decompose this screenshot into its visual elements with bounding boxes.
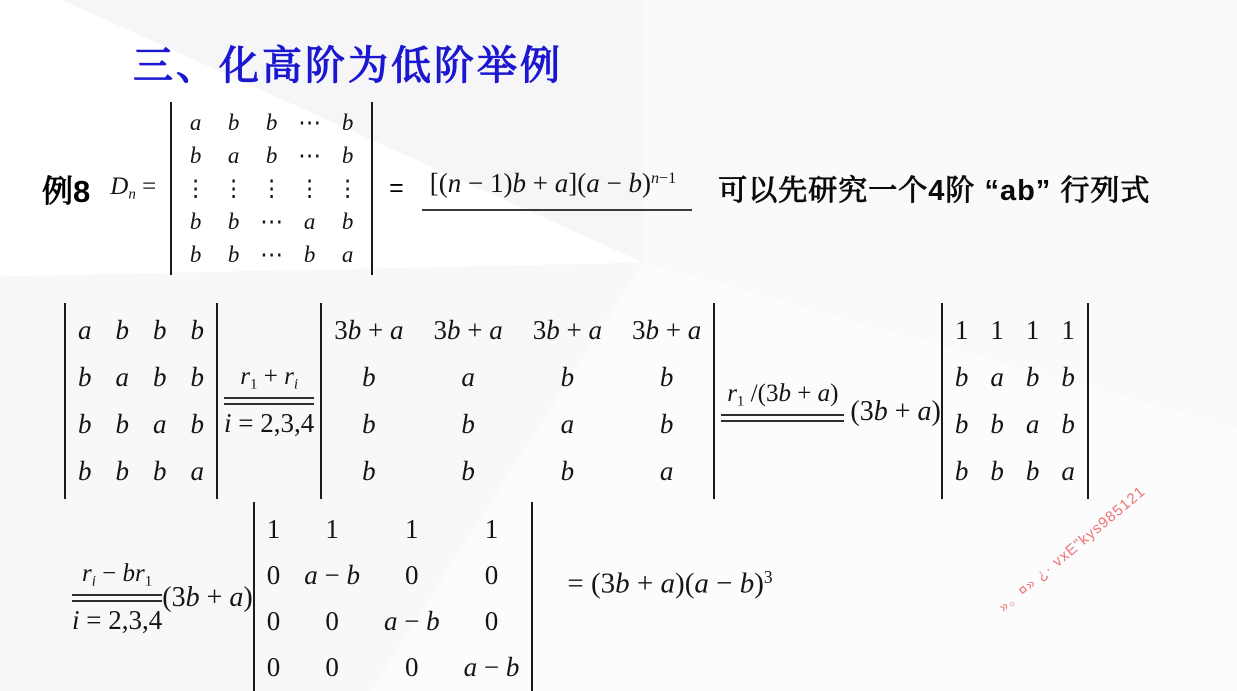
matrix-cell: ⋯ xyxy=(298,106,321,139)
equals-sign: = xyxy=(389,174,404,203)
matrix-cell: b xyxy=(190,139,202,172)
matrix-cell: 0 xyxy=(267,598,281,644)
matrix-cell: a xyxy=(153,401,167,448)
matrix-cell: ⋮ xyxy=(298,172,321,205)
matrix-cell: b xyxy=(342,106,354,139)
matrix-cell: 3b + a xyxy=(334,307,403,354)
matrix-cell: 0 xyxy=(405,552,419,598)
matrix-cell: b xyxy=(1061,354,1075,401)
matrix-cell: b xyxy=(990,401,1004,448)
matrix-cell: a xyxy=(116,354,130,401)
matrix-cell: ⋯ xyxy=(260,238,283,271)
matrix-cell: b xyxy=(191,307,205,354)
matrix-cell: a xyxy=(228,139,240,172)
matrix-cell: b xyxy=(116,448,130,495)
matrix-cell: b xyxy=(304,238,316,271)
determinant-ab-4x4: abbbbabbbbabbbba xyxy=(64,303,218,499)
matrix-cell: b xyxy=(78,354,92,401)
matrix-cell: 0 xyxy=(267,552,281,598)
matrix-cell: b xyxy=(153,354,167,401)
matrix-cell: b xyxy=(561,354,575,401)
hint-text: 可以先研究一个4阶 “ab” 行列式 xyxy=(718,168,1150,209)
factored-out-term: (3b + a) xyxy=(162,582,252,614)
matrix-cell: a xyxy=(190,106,202,139)
row-operation-step-2: r1 /(3b + a) xyxy=(721,380,844,423)
matrix-cell: b xyxy=(190,238,202,271)
matrix-cell: 1 xyxy=(325,506,339,552)
matrix-cell: b xyxy=(955,354,969,401)
example-row: 例8 Dn = abb⋯bbab⋯b⋮⋮⋮⋮⋮bb⋯abbb⋯ba = [(n … xyxy=(42,102,1150,275)
determinant-with-ones-row: 1111babbbbabbbba xyxy=(941,303,1089,499)
general-result-formula: [(n − 1)b + a](a − b)n−1 xyxy=(430,168,676,198)
matrix-cell: b xyxy=(660,354,674,401)
matrix-cell: a − b xyxy=(384,598,440,644)
slide-title: 三、化高阶为低阶举例 xyxy=(133,34,563,91)
matrix-cell: a xyxy=(342,238,354,271)
row-operation-range: i = 2,3,4 xyxy=(224,405,314,439)
determinant-symbol: Dn = xyxy=(110,173,156,204)
row-operation-step-3: ri − br1 i = 2,3,4 xyxy=(72,560,162,637)
matrix-cell: b xyxy=(228,205,240,238)
matrix-cell: ⋯ xyxy=(260,205,283,238)
derivation-row-1: abbbbabbbbabbbba r1 + ri i = 2,3,4 3b + … xyxy=(64,303,1089,499)
matrix-cell: b xyxy=(266,106,278,139)
matrix-cell: 1 xyxy=(990,307,1004,354)
matrix-cell: b xyxy=(461,401,475,448)
matrix-cell: b xyxy=(362,401,376,448)
matrix-cell: b xyxy=(362,448,376,495)
matrix-cell: 0 xyxy=(485,598,499,644)
matrix-cell: 0 xyxy=(485,552,499,598)
row-operation-label: r1 + ri xyxy=(224,363,314,398)
matrix-cell: a xyxy=(561,401,575,448)
matrix-cell: 0 xyxy=(325,644,339,690)
matrix-cell: a xyxy=(1026,401,1040,448)
double-rule xyxy=(72,594,162,602)
matrix-cell: 0 xyxy=(267,644,281,690)
double-rule xyxy=(224,397,314,405)
matrix-cell: a xyxy=(191,448,205,495)
matrix-cell: 0 xyxy=(405,644,419,690)
matrix-cell: b xyxy=(191,401,205,448)
matrix-cell: b xyxy=(266,139,278,172)
matrix-cell: b xyxy=(228,238,240,271)
matrix-cell: 1 xyxy=(1061,307,1075,354)
row-operation-range: i = 2,3,4 xyxy=(72,602,162,636)
matrix-cell: b xyxy=(1026,448,1040,495)
matrix-cell: b xyxy=(228,106,240,139)
matrix-cell: b xyxy=(116,401,130,448)
matrix-cell: ⋮ xyxy=(260,172,283,205)
matrix-cell: 1 xyxy=(1026,307,1040,354)
matrix-cell: b xyxy=(78,448,92,495)
matrix-cell: b xyxy=(78,401,92,448)
matrix-cell: b xyxy=(660,401,674,448)
matrix-cell: b xyxy=(342,139,354,172)
matrix-cell: b xyxy=(362,354,376,401)
matrix-cell: a xyxy=(304,205,316,238)
matrix-cell: a xyxy=(1061,448,1075,495)
matrix-cell: a − b xyxy=(464,644,520,690)
matrix-cell: b xyxy=(561,448,575,495)
matrix-cell: a − b xyxy=(304,552,360,598)
matrix-cell: a xyxy=(990,354,1004,401)
matrix-cell: 3b + a xyxy=(533,307,602,354)
watermark-text: »。¤» ¿· vxE"kys985121 xyxy=(993,481,1149,617)
row-operation-label: ri − br1 xyxy=(72,560,162,595)
matrix-cell: ⋮ xyxy=(336,172,359,205)
matrix-cell: a xyxy=(461,354,475,401)
determinant-after-row-add: 3b + a3b + a3b + a3b + ababbbbabbbba xyxy=(320,303,715,499)
matrix-cell: 3b + a xyxy=(433,307,502,354)
matrix-cell: b xyxy=(955,401,969,448)
matrix-cell: 1 xyxy=(485,506,499,552)
final-result-formula: = (3b + a)(a − b)3 xyxy=(567,567,772,601)
result-formula-underlined: [(n − 1)b + a](a − b)n−1 xyxy=(422,166,692,211)
matrix-cell: ⋮ xyxy=(222,172,245,205)
matrix-cell: 1 xyxy=(267,506,281,552)
matrix-cell: b xyxy=(190,205,202,238)
double-rule xyxy=(721,414,844,422)
matrix-cell: 0 xyxy=(325,598,339,644)
row-operation-label: r1 /(3b + a) xyxy=(721,380,844,415)
matrix-cell: b xyxy=(461,448,475,495)
matrix-cell: b xyxy=(342,205,354,238)
derivation-row-2: ri − br1 i = 2,3,4 (3b + a) 11110a − b00… xyxy=(72,502,773,691)
matrix-cell: 1 xyxy=(405,506,419,552)
factored-out-term: (3b + a) xyxy=(850,396,940,428)
matrix-cell: b xyxy=(990,448,1004,495)
row-operation-step-1: r1 + ri i = 2,3,4 xyxy=(224,363,314,440)
matrix-cell: ⋯ xyxy=(298,139,321,172)
matrix-cell: a xyxy=(660,448,674,495)
matrix-cell: b xyxy=(116,307,130,354)
matrix-cell: ⋮ xyxy=(184,172,207,205)
matrix-cell: b xyxy=(1061,401,1075,448)
matrix-cell: a xyxy=(78,307,92,354)
matrix-cell: b xyxy=(153,448,167,495)
determinant-upper-triangular: 11110a − b0000a − b0000a − b xyxy=(253,502,534,691)
matrix-cell: 1 xyxy=(955,307,969,354)
matrix-cell: b xyxy=(191,354,205,401)
matrix-cell: b xyxy=(1026,354,1040,401)
example-number-label: 例8 xyxy=(42,166,90,211)
matrix-cell: b xyxy=(153,307,167,354)
matrix-cell: b xyxy=(955,448,969,495)
determinant-n-order: abb⋯bbab⋯b⋮⋮⋮⋮⋮bb⋯abbb⋯ba xyxy=(170,102,373,275)
matrix-cell: 3b + a xyxy=(632,307,701,354)
